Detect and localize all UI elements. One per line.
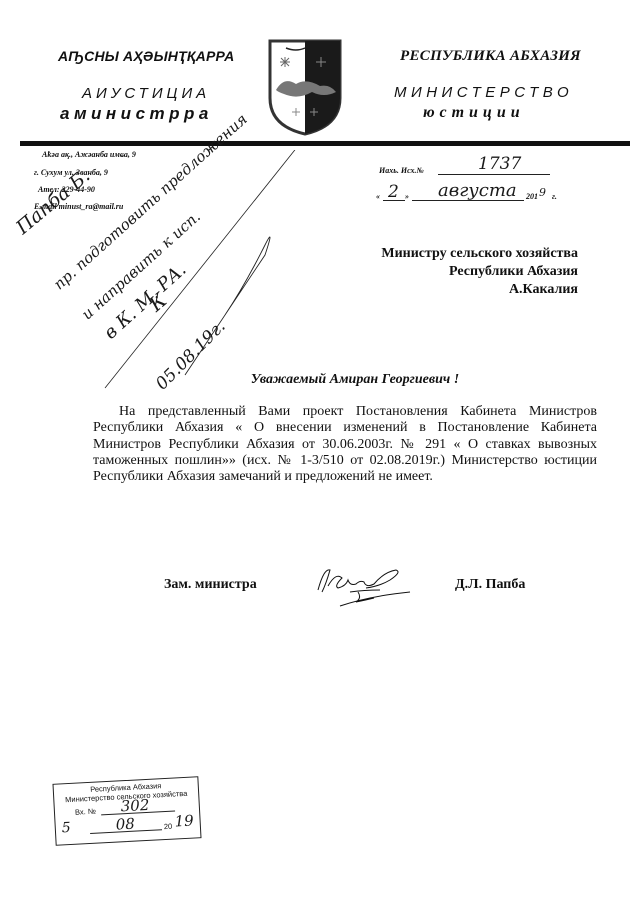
date-year-suffix: 9 <box>539 186 546 199</box>
date-month: августа <box>438 180 517 201</box>
handwritten-resolution: Папба Б. пр. подготовить предложения и н… <box>10 150 310 400</box>
greeting: Уважаемый Амиран Георгиевич ! <box>0 372 640 388</box>
recipient-position: Министру сельского хозяйства <box>381 245 578 263</box>
recipient-country: Республики Абхазия <box>381 263 578 281</box>
letterhead-left-title: АҦСНЫ АҲӘЫНҬҚАРРА <box>58 48 258 64</box>
letterhead-right-ministry-2: юстиции <box>423 104 525 122</box>
stamp-day: 5 <box>61 820 71 836</box>
recipient-block: Министру сельского хозяйства Республики … <box>381 245 578 299</box>
incoming-registration-stamp: Республика Абхазия Министерство сельског… <box>52 776 201 846</box>
stamp-in-label: Вх. № <box>75 807 96 817</box>
handwritten-signature <box>310 562 420 610</box>
date-day-open: « <box>376 192 380 201</box>
letterhead-left-ministry: АИУСТИЦИА <box>82 85 210 102</box>
recipient-name: А.Какалия <box>381 281 578 299</box>
stamp-month: 08 <box>115 815 135 834</box>
outgoing-label: Иахь. Исх.№ <box>379 166 424 175</box>
date-year-unit: г. <box>552 192 557 201</box>
signatory-title: Зам. министра <box>164 577 257 593</box>
stamp-in-number: 302 <box>120 796 150 815</box>
letterhead-divider <box>20 141 630 146</box>
letterhead-right-ministry: МИНИСТЕРСТВО <box>394 84 573 101</box>
outgoing-number-line <box>438 174 550 175</box>
letter-body: На представленный Вами проект Постановле… <box>93 404 597 485</box>
stamp-year-suffix: 19 <box>174 812 194 831</box>
stamp-year-prefix: 20 <box>164 822 173 831</box>
date-year-prefix: 201 <box>526 192 538 201</box>
signatory-name: Д.Л. Папба <box>455 577 525 593</box>
letterhead-left-ministry-2: аминистрра <box>60 104 213 124</box>
letterhead-right-title: РЕСПУБЛИКА АБХАЗИЯ <box>400 48 581 65</box>
date-day-close: » <box>405 192 409 201</box>
coat-of-arms-icon <box>266 38 344 136</box>
date-day: 2 <box>388 182 399 202</box>
outgoing-number: 1737 <box>478 154 521 174</box>
